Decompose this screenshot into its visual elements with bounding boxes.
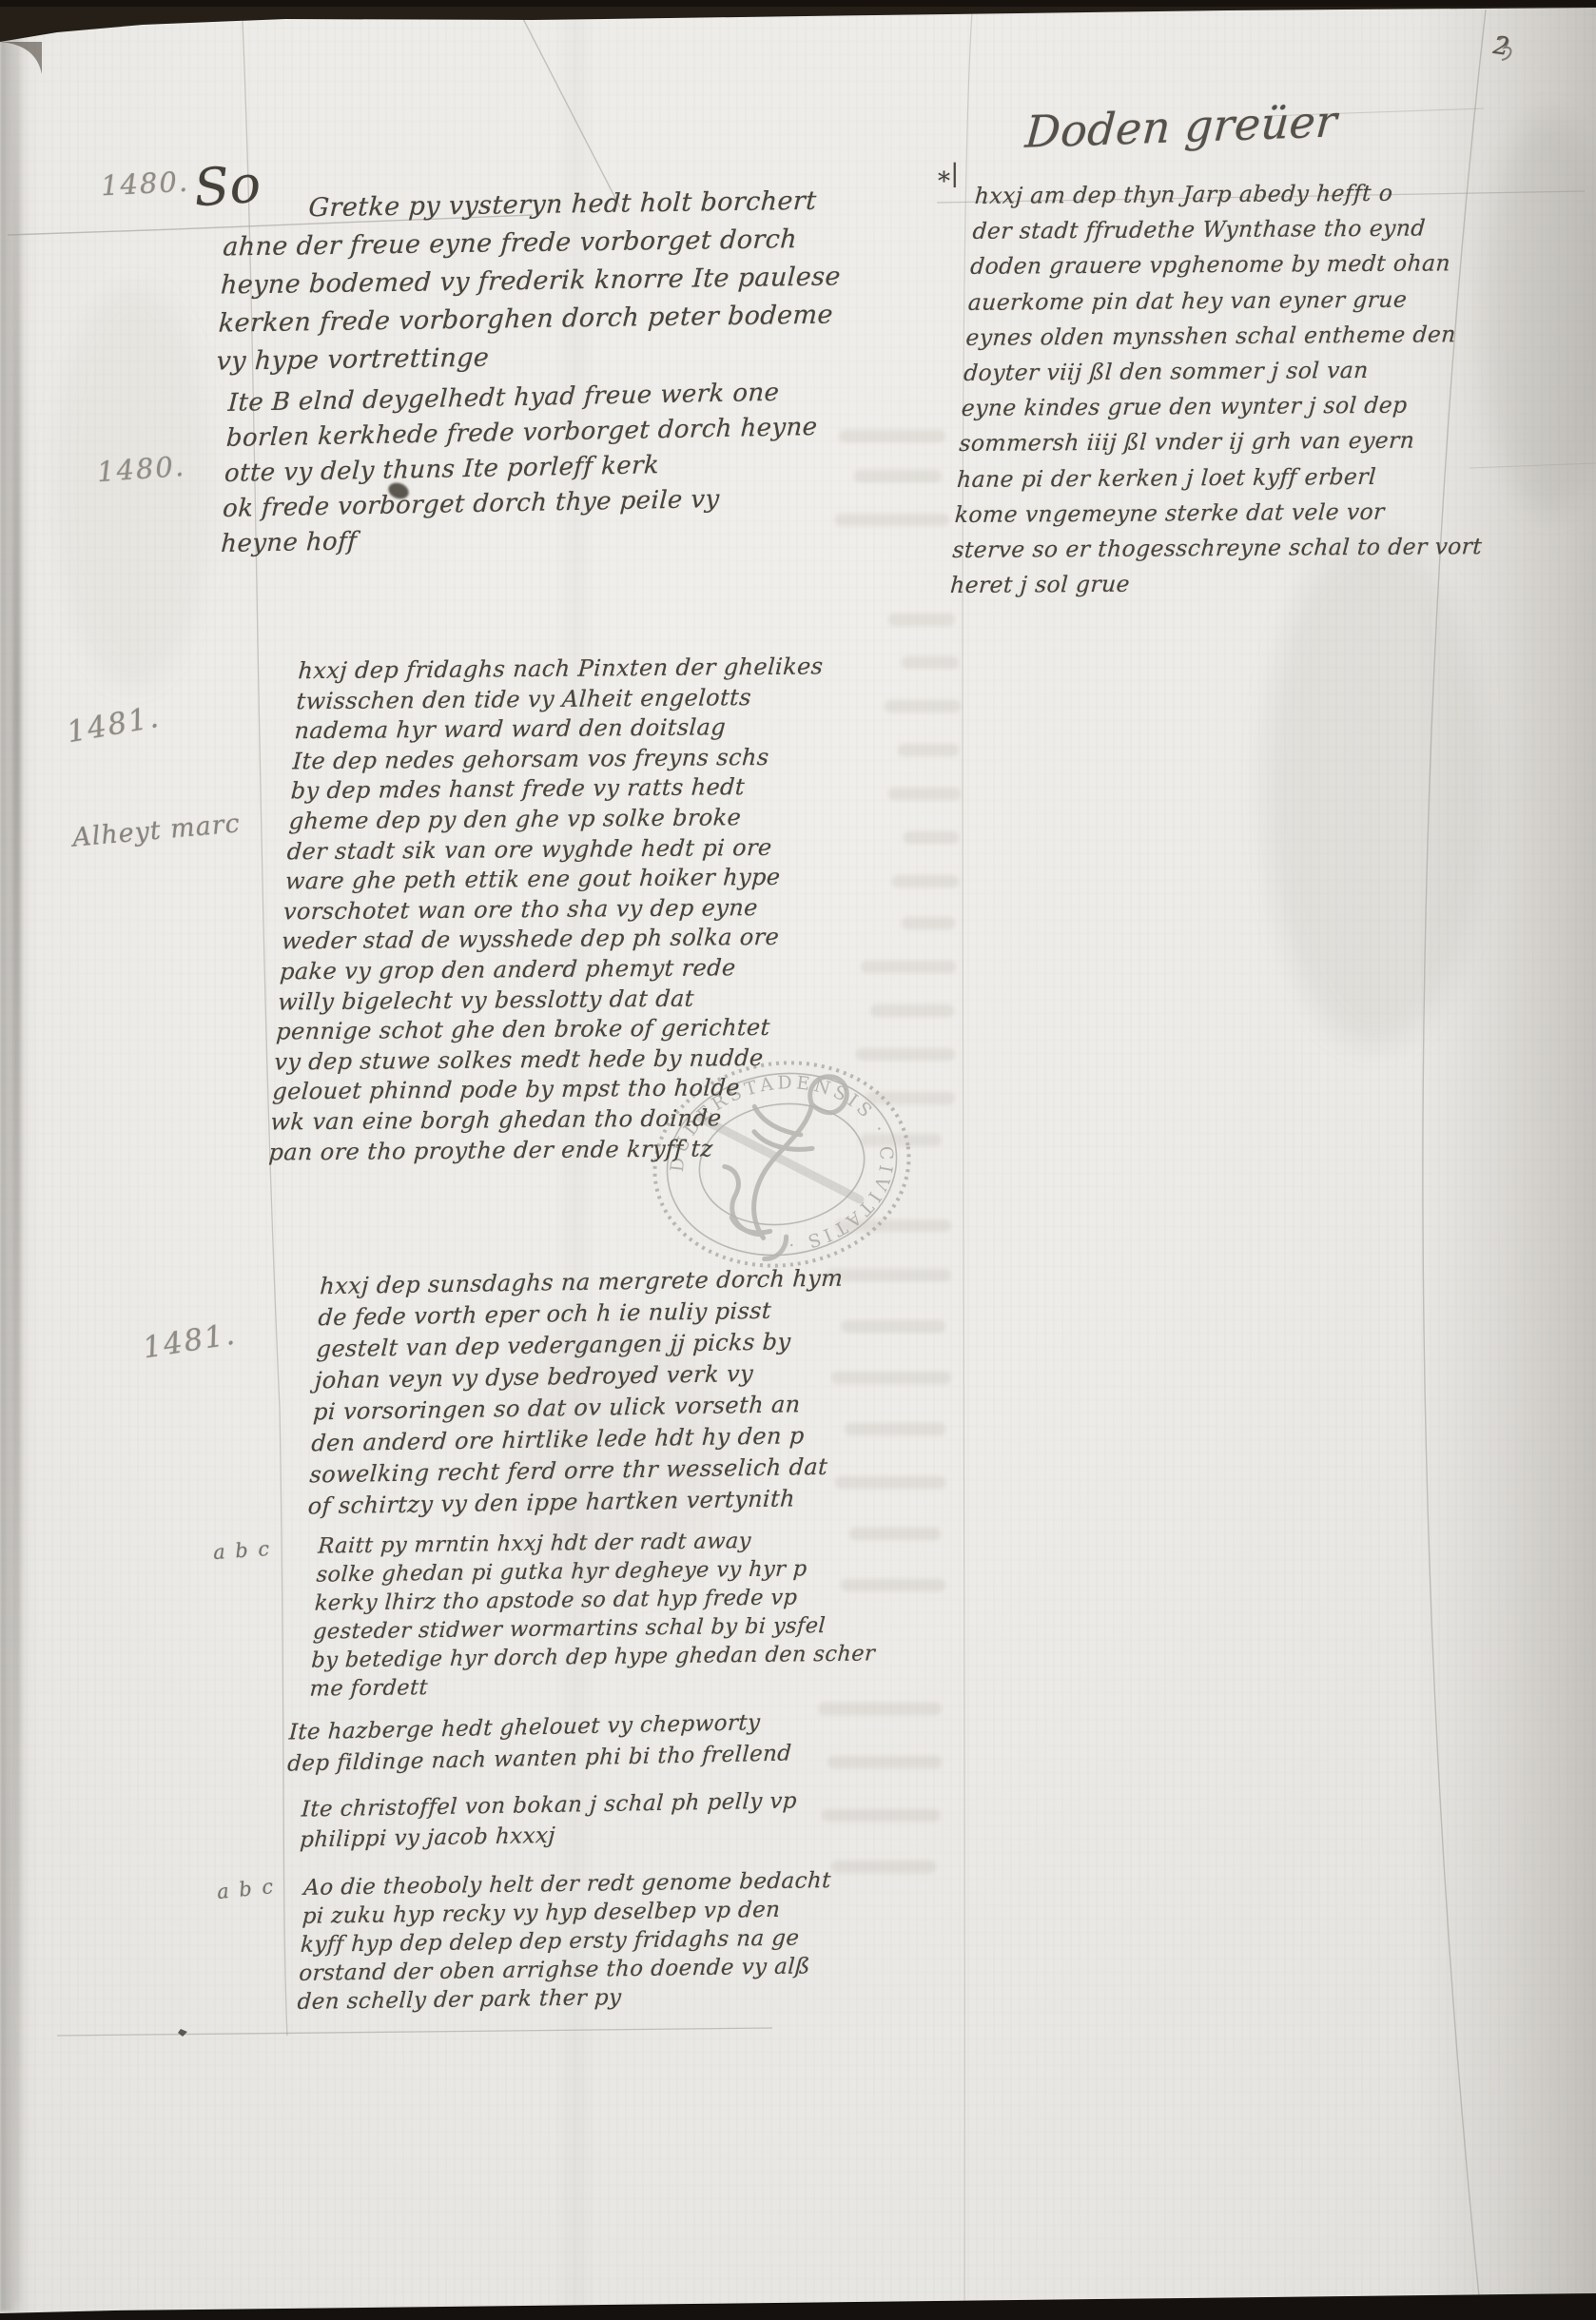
handwritten-line: pennige schot ghe den broke of gerichtet (275, 1013, 802, 1047)
handwritten-line: der stadt sik van ore wyghde hedt pi ore (286, 832, 813, 867)
handwritten-line: hxxj dep fridaghs nach Pinxten der gheli… (298, 652, 825, 686)
intersection-mark (178, 2029, 187, 2037)
handwritten-line: weder stad de wysshede dep ph solka ore (281, 923, 808, 957)
entry-start-mark: ⁎| (938, 160, 960, 188)
right-column-heading: Doden greüer (1023, 95, 1338, 158)
bottom-rule (57, 2028, 772, 2036)
manuscript-page-photo: DUDERSTADENSIS · CIVITATIS · 1480. 1480.… (0, 0, 1596, 2320)
manuscript-entry-1481-a: hxxj dep fridaghs nach Pinxten der gheli… (268, 652, 825, 1167)
manuscript-entry-1480-a: Gretke py vysteryn hedt holt borchertahn… (215, 182, 846, 380)
handwritten-line: doyter viij ßl den sommer j sol van (963, 352, 1494, 391)
handwritten-line: doden grauere vpghenome by medt ohan (969, 245, 1501, 284)
handwritten-line: hane pi der kerken j loet kyff erberl (956, 458, 1488, 497)
corner-shadow (0, 42, 42, 74)
diagonal-crease-line (518, 10, 620, 207)
handwritten-line: heret j sol grue (949, 564, 1481, 603)
photo-border-bottom (0, 2293, 1596, 2320)
manuscript-entry-1481-b: hxxj dep sunsdaghs na mergrete dorch hym… (307, 1263, 844, 1523)
handwritten-line: gheme dep py den ghe vp solke broke (288, 802, 815, 836)
handwritten-line: hxxj am dep thyn Jarp abedy hefft o (974, 175, 1506, 214)
margin-abc-mark: a b c (212, 1537, 272, 1564)
handwritten-line: sterve so er thogesschreyne schal to der… (951, 529, 1483, 568)
handwritten-line: twisschen den tide vy Alheit engelotts (296, 682, 823, 716)
handwritten-line: der stadt ffrudethe Wynthase tho eynd (971, 210, 1503, 249)
handwritten-line: sommersh iiij ßl vnder ij grh van eyern (958, 422, 1489, 461)
handwritten-line: wk van eine borgh ghedan tho doinde (270, 1103, 797, 1138)
handwritten-line: auerkome pin dat hey van eyner grue (967, 282, 1499, 321)
manuscript-entry-item-a: Ite hazberge hedt ghelouet vy chepwortyd… (286, 1706, 793, 1780)
handwritten-line: Ite dep nedes gehorsam vos freyns schs (292, 742, 819, 776)
handwritten-line: nadema hyr ward ward den doitslag (294, 712, 821, 747)
handwritten-line: pake vy grop den anderd phemyt rede (279, 953, 806, 987)
manuscript-entry-dodengraver: hxxj am dep thyn Jarp abedy hefft oder s… (949, 175, 1506, 604)
handwritten-line: by dep mdes hanst frede vy ratts hedt (290, 772, 817, 807)
handwritten-line: pan ore tho proythe der ende kryff tz (268, 1133, 795, 1167)
handwritten-line: kome vngemeyne sterke dat vele vor (954, 494, 1486, 533)
handwritten-line: willy bigelecht vy besslotty dat dat (277, 983, 804, 1017)
handwritten-line: eyne kindes grue den wynter j sol dep (961, 387, 1492, 426)
photo-border-top-core (0, 0, 1596, 7)
margin-year-label: 1480. (100, 166, 190, 203)
manuscript-entry-martini: Raitt py mrntin hxxj hdt der radt awayso… (309, 1525, 883, 1703)
manuscript-entry-1480-b: Ite B elnd deygelhedt hyad freue werk on… (220, 375, 820, 562)
manuscript-entry-item-b: Ite christoffel von bokan j schal ph pel… (299, 1785, 797, 1855)
handwritten-line: eynes olden mynsshen schal entheme den (964, 317, 1496, 356)
handwritten-line: vy dep stuwe solkes medt hede by nudde (273, 1043, 800, 1077)
handwritten-line: ware ghe peth ettik ene gout hoiker hype (284, 863, 811, 897)
handwritten-line: vorschotet wan ore tho sha vy dep eyne (282, 892, 809, 926)
handwritten-line: gelouet phinnd pode by mpst tho holde (271, 1073, 798, 1107)
margin-year-label: 1480. (96, 450, 186, 488)
manuscript-entry-final: Ao die theoboly helt der redt genome bed… (297, 1866, 832, 2017)
